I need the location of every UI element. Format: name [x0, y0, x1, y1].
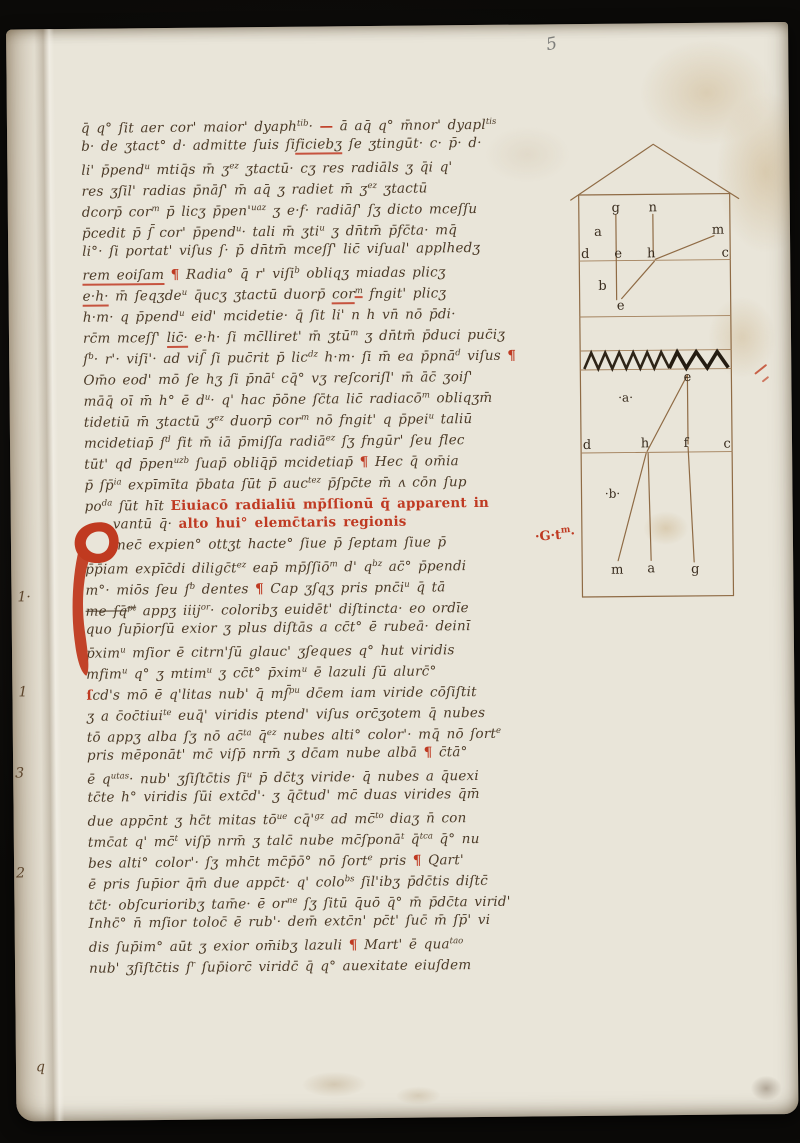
- ink-segment: ue: [277, 812, 288, 822]
- ink-segment: ta: [243, 728, 252, 738]
- ink-segment: ē lazuli ſū alurc̄°: [307, 663, 436, 680]
- ink-segment: quo ſup̄iorſū exior ʒ plus diſtās a cc̄t…: [86, 618, 471, 638]
- ink-segment: tao: [450, 936, 464, 946]
- rubric-segment: ¶: [413, 853, 422, 869]
- ink-segment: ſe ʒtingūt· c· p̄· d·: [342, 135, 482, 152]
- refraction-label-b: ·b·: [605, 487, 620, 501]
- ink-segment: h·m· ſi m̄ ea p̄pnā: [318, 348, 455, 365]
- diagram-area: g n a m d e h c b e: [547, 117, 787, 619]
- ink-segment: e: [496, 726, 501, 736]
- refraction-label-f: f: [684, 436, 690, 451]
- ink-segment: ficiebʒ: [295, 136, 342, 154]
- house-label-b: b: [598, 279, 606, 294]
- gutter-mark: 1·: [17, 589, 31, 605]
- ink-segment: utas: [111, 771, 129, 781]
- ink-segment: tmc̄at q' mc̄: [88, 834, 175, 851]
- ink-segment: due appc̄nt ʒ hc̄t mitas tō: [88, 812, 277, 830]
- ink-segment: fngit' plicʒ: [363, 285, 447, 302]
- gutter-crease: [34, 29, 64, 1121]
- ink-segment: Radia° q̄ r' viſi: [179, 266, 294, 283]
- ink-segment: te: [163, 708, 172, 718]
- ink-segment: ʒ a c̄oc̄tiui: [87, 708, 164, 725]
- gutter-mark: q: [36, 1059, 45, 1075]
- gutter-mark: 2: [16, 865, 25, 881]
- ink-segment: li°· ſi portat' viſus ſ· p̄ dn̄tm̄ mceſſ…: [82, 240, 480, 260]
- refraction-label-a2: a: [647, 561, 655, 576]
- ink-segment: Om̄o eod' mō ſe hʒ ſi p̄nā: [83, 371, 271, 389]
- ink-segment: fit m̄ iā p̄miſſa radiā: [171, 433, 326, 450]
- house-label-g: g: [612, 201, 620, 216]
- house-label-m: m: [712, 223, 724, 238]
- ink-segment: ac̄° p̄pendi: [382, 558, 466, 575]
- ink-segment: tūt' qd p̄pen: [84, 456, 174, 473]
- ink-segment: cq̄° vʒ reſcoriſl' m̄ āc̄ ʒoiſ': [275, 369, 473, 387]
- ink-segment: p̄ſpc̄te m̄ ʌ cōn ſup: [321, 474, 467, 491]
- ink-segment: viſus: [461, 348, 508, 364]
- ink-segment: ez: [237, 560, 247, 570]
- ink-segment: māq̄ oī m̄ h° ē d: [84, 393, 205, 410]
- rubric-segment: ¶: [349, 937, 358, 953]
- ink-segment: p̄xim: [86, 645, 120, 661]
- ink-segment: tō appʒ alba ſʒ nō ac̄: [87, 728, 243, 745]
- ink-segment: expīmīta p̄bata ſūt p̄ auc: [122, 476, 309, 494]
- ink-segment: mec̄ expien° ottʒt hacte° ſiue p̄ ſeptam…: [113, 534, 446, 553]
- ink-segment: ē q: [87, 772, 111, 788]
- ink-segment: q̄° nu: [433, 831, 480, 847]
- ink-segment: mcidetiap̄ ſ: [84, 435, 165, 452]
- ink-segment: q̄: [252, 728, 267, 744]
- refraction-label-d: d: [583, 438, 591, 453]
- ink-segment: Hec q̄ om̄ia: [368, 453, 458, 470]
- ink-segment: nub' ʒſiſtc̄tis ſ: [89, 960, 191, 977]
- ink-segment: nō fngit' q p̄pei: [309, 411, 429, 428]
- ink-segment: m̄ ſeqʒde: [109, 288, 182, 305]
- ink-segment: · tali m̄ ʒti: [241, 224, 319, 241]
- ink-segment: uzb: [174, 456, 190, 466]
- ink-segment: ſʒ fngūr' ſeu flec: [335, 432, 464, 449]
- ink-segment: Cap ʒſqʒ pris pnc̄i: [264, 580, 405, 597]
- ink-segment: vantū q̄·: [113, 516, 179, 533]
- refraction-label-m: m: [611, 563, 623, 578]
- rubric-segment: ¶: [507, 348, 516, 364]
- ink-segment: diaʒ n̄ con: [384, 810, 467, 827]
- ink-segment: tez: [308, 476, 321, 486]
- ink-segment: q̄ tā: [410, 579, 446, 595]
- house-label-d: d: [581, 247, 589, 262]
- ink-segment: ·: [308, 119, 319, 135]
- ink-segment: e·h· ſi mc̄lliret' m̄ ʒtū: [188, 328, 350, 346]
- ink-segment: b· de ʒtact° d· admitte ſuis ſi: [81, 137, 295, 155]
- ink-segment: pu: [289, 686, 300, 696]
- ink-segment: m: [151, 204, 159, 214]
- rubric-segment: Eiuiacō radialiū mp̄ſſionū q̄ apparent i…: [170, 495, 489, 514]
- ink-segment: ſil'ibʒ p̄dc̄tis diſtc̄: [354, 873, 488, 890]
- ink-segment: ad mc̄: [324, 811, 375, 827]
- house-label-n: n: [649, 200, 658, 215]
- refraction-label-g: g: [691, 562, 699, 577]
- ink-segment: q° ʒ mtim: [127, 666, 206, 683]
- house-label-a: a: [594, 225, 602, 240]
- ink-segment: Inhc̄° n̄ mſior toloc̄ ē rub'· dem̄ extc…: [89, 912, 491, 932]
- ink-segment: to: [375, 811, 384, 821]
- ink-segment: obliqʒm̄: [430, 390, 493, 407]
- text-line: nub' ʒſiſtc̄tis ſr ſup̄iorc̄ viridc̄ q̄ …: [89, 951, 563, 977]
- ink-segment: ſup̄iorc̄ viridc̄ q̄ q° auexitate eiuſde…: [195, 957, 471, 976]
- ink-segment: q̄: [404, 832, 419, 848]
- rubric-segment: ¶: [171, 267, 180, 283]
- ink-segment: appʒ iiij: [136, 603, 201, 620]
- text-block: q̄ q° ſit aer cor' maior' dyaphtib· — ā …: [81, 111, 563, 977]
- ink-segment: li' p̄pend: [81, 162, 144, 179]
- ink-segment: p̄ licʒ p̄pen': [159, 203, 251, 220]
- ink-segment: pris mēponāt' mc̄ viſp̄ nrm̄ ʒ dc̄am nub…: [87, 745, 424, 764]
- ink-segment: ʒtactū: [377, 180, 428, 196]
- ink-segment: mfim: [86, 666, 122, 682]
- folio-number-pencil: 5: [544, 33, 559, 55]
- ink-segment: ʒ cc̄t° p̄xim: [212, 665, 302, 682]
- photo-background: 5 q̄ q° ſit aer cor' maior' dyaphtib· — …: [0, 0, 800, 1143]
- ink-segment: mtiq̄s m̄ ʒ: [150, 161, 230, 178]
- ink-segment: bz: [372, 559, 382, 569]
- ink-segment: tca: [420, 831, 433, 841]
- house-label-c: c: [722, 246, 729, 261]
- ink-segment: tidetiū m̄ ʒtactū ʒ: [84, 414, 215, 431]
- ink-segment: q̄ucʒ ʒtactū duorp̄: [187, 286, 332, 303]
- ink-segment: d' q: [338, 559, 373, 575]
- ink-segment: dc̄em iam viride cōſiſtit: [300, 684, 477, 702]
- refraction-label-a: ·a·: [618, 391, 633, 405]
- ink-segment: gz: [314, 811, 324, 821]
- ink-segment: da: [102, 499, 113, 509]
- ink-segment: · nub' ʒſiſtc̄tis ſi: [129, 770, 247, 787]
- ink-segment: tc̄te h° viridis ſūi extc̄d'· ʒ q̄c̄tud'…: [87, 786, 479, 806]
- ink-segment: pt: [127, 603, 136, 613]
- ink-segment: dz: [308, 350, 318, 360]
- ink-segment: tis: [486, 117, 497, 127]
- ink-segment: me ſq̄: [86, 603, 128, 619]
- ink-segment: tc̄t· obſcurioribʒ tam̄e· ē or: [88, 896, 287, 914]
- ink-segment: rc̄m mceſſ': [83, 330, 167, 347]
- ink-segment: ſuap̄ obliq̄p̄ mcidetiap̄: [189, 454, 360, 472]
- ink-segment: duorp̄ cor: [224, 413, 301, 430]
- refraction-label-h: h: [641, 436, 650, 451]
- ink-segment: ez: [326, 433, 336, 443]
- refraction-diagram: e ·a· d h f c ·b· m a g: [580, 350, 733, 597]
- ink-segment: uaz: [251, 203, 266, 213]
- ink-segment: ez: [214, 413, 224, 423]
- ink-segment: p̄cedit p̄ ſ̄ cor' p̄pend: [82, 224, 236, 241]
- ink-segment: pris: [373, 853, 413, 869]
- ink-segment: dentes: [195, 581, 255, 598]
- refraction-label-c: c: [723, 437, 730, 452]
- ink-segment: obliqʒ miadas plicʒ: [300, 264, 446, 281]
- rubric-segment: —: [319, 118, 333, 134]
- house-label-e2: e: [617, 299, 625, 314]
- ink-segment: dcorp̄ cor: [82, 204, 152, 221]
- ink-segment: ez: [267, 728, 277, 738]
- ink-segment: h·m· q p̄pend: [83, 309, 179, 326]
- ink-segment: ʒ dn̄tm̄ p̄duci puc̄iʒ: [358, 327, 505, 344]
- ink-segment: po: [85, 499, 102, 515]
- ink-segment: c̄tā°: [432, 744, 467, 760]
- ink-segment: ne: [287, 896, 298, 906]
- ink-segment: ſūt hīt: [112, 498, 170, 515]
- zigzag-band: [584, 352, 669, 369]
- gutter-mark: 1: [18, 684, 27, 700]
- ink-segment: m°· miōs ſeu ſ: [85, 582, 190, 599]
- ink-segment: taliū: [434, 411, 472, 427]
- ink-segment: ʒ dn̄tm̄ p̄fc̄ta· mq̄: [325, 222, 457, 239]
- refraction-label-e: e: [683, 370, 691, 385]
- manuscript-page: 5 q̄ q° ſit aer cor' maior' dyaphtib· — …: [6, 22, 798, 1121]
- ink-segment: Mart' ē qua: [357, 936, 449, 953]
- house-label-e: e: [614, 247, 622, 262]
- ink-segment: ā aq̄ q° m̄nor' dyapl: [333, 117, 486, 134]
- house-label-h: h: [647, 246, 656, 261]
- ink-segment: cq̄': [287, 812, 314, 828]
- ink-segment: p̄p̄iam expīc̄di diligc̄t: [85, 560, 237, 577]
- ink-segment: bs: [345, 874, 355, 884]
- ink-segment: tib: [297, 119, 309, 129]
- ink-segment: eap̄ mp̄ſſiō: [246, 559, 330, 576]
- rubric-segment: alto hui° elemc̄taris regionis: [179, 514, 407, 532]
- ink-segment: cd's mō ē q'litas nub' q̄ mſ̄: [92, 686, 289, 704]
- ink-segment: p̄ ſp̄: [84, 477, 114, 493]
- gutter-mark: 3: [15, 765, 24, 781]
- ink-segment: Qart': [422, 852, 464, 868]
